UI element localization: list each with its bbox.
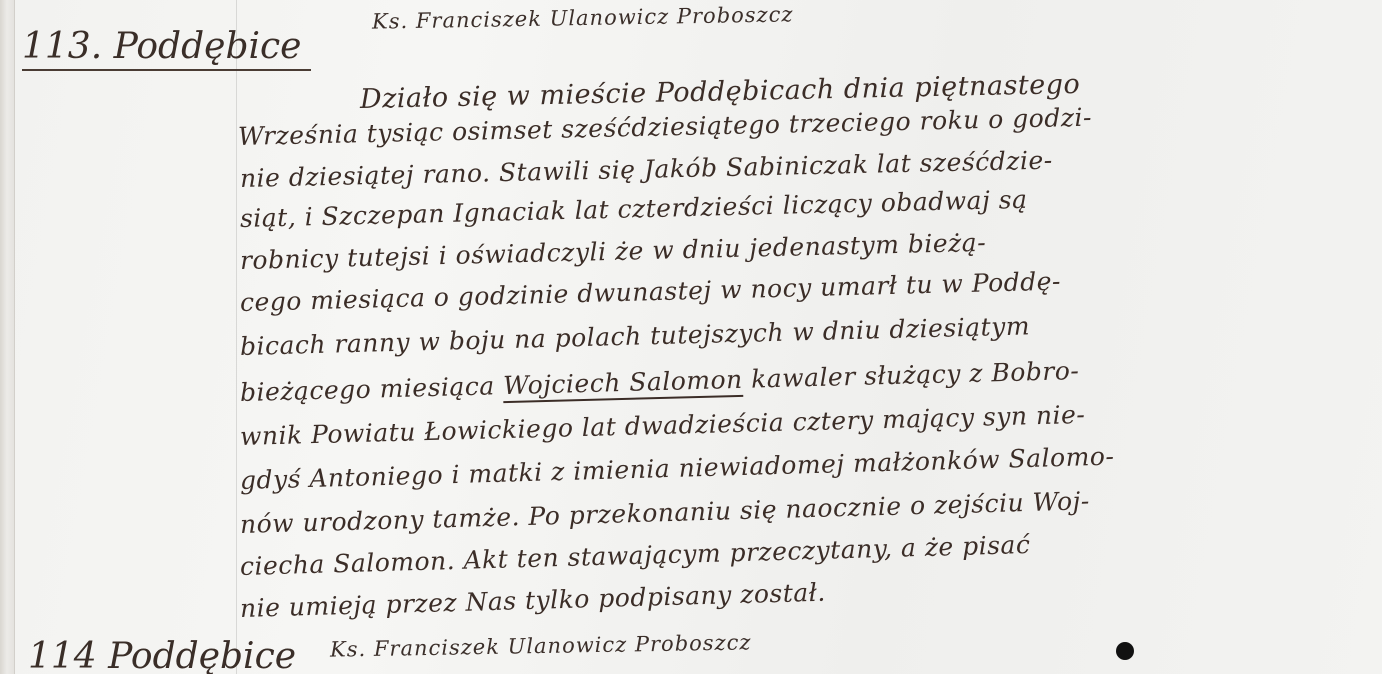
- document-page: Ks. Franciszek Ulanowicz Proboszcz 113. …: [0, 0, 1382, 674]
- deceased-name: Wojciech Salomon: [503, 365, 743, 403]
- margin-rule: [236, 0, 237, 674]
- entry-114-place: Poddębice: [108, 636, 296, 674]
- entry-113-underline: [22, 69, 311, 71]
- entry-113-line-5: robnicy tutejsi i oświadczyli że w dniu …: [240, 228, 987, 275]
- entry-113-heading: 113. Poddębice: [22, 26, 301, 67]
- line-8-prefix: bieżącego miesiąca: [240, 371, 495, 407]
- entry-113-line-6: cego miesiąca o godzinie dwunastej w noc…: [240, 267, 1062, 317]
- footer-signature: Ks. Franciszek Ulanowicz Proboszcz: [330, 630, 752, 661]
- entry-114-heading: 114 Poddębice: [28, 636, 296, 674]
- entry-113-place: Poddębice: [114, 26, 302, 67]
- entry-113-line-13: nie umieją przez Nas tylko podpisany zos…: [240, 578, 827, 623]
- entry-113-line-4: siąt, i Szczepan Ignaciak lat czterdzieś…: [240, 185, 1028, 233]
- entry-113-line-7: bicach ranny w boju na polach tutejszych…: [240, 311, 1031, 361]
- header-signature: Ks. Franciszek Ulanowicz Proboszcz: [372, 2, 794, 33]
- entry-113-line-3: nie dziesiątej rano. Stawili się Jakób S…: [240, 146, 1053, 193]
- page-binding-edge: [0, 0, 15, 674]
- entry-114-number: 114: [28, 636, 97, 674]
- line-8-suffix: kawaler służący z Bobro-: [751, 356, 1080, 394]
- entry-113-number: 113.: [22, 26, 102, 67]
- entry-113-line-8: bieżącego miesiąca Wojciech Salomon kawa…: [240, 356, 1080, 407]
- entry-113-line-9: wnik Powiatu Łowickiego lat dwadzieścia …: [240, 400, 1086, 451]
- entry-113-line-10: gdyś Antoniego i matki z imienia niewiad…: [240, 442, 1115, 495]
- ink-blot: [1116, 642, 1134, 660]
- entry-113-line-12: ciecha Salomon. Akt ten stawającym przec…: [240, 530, 1031, 581]
